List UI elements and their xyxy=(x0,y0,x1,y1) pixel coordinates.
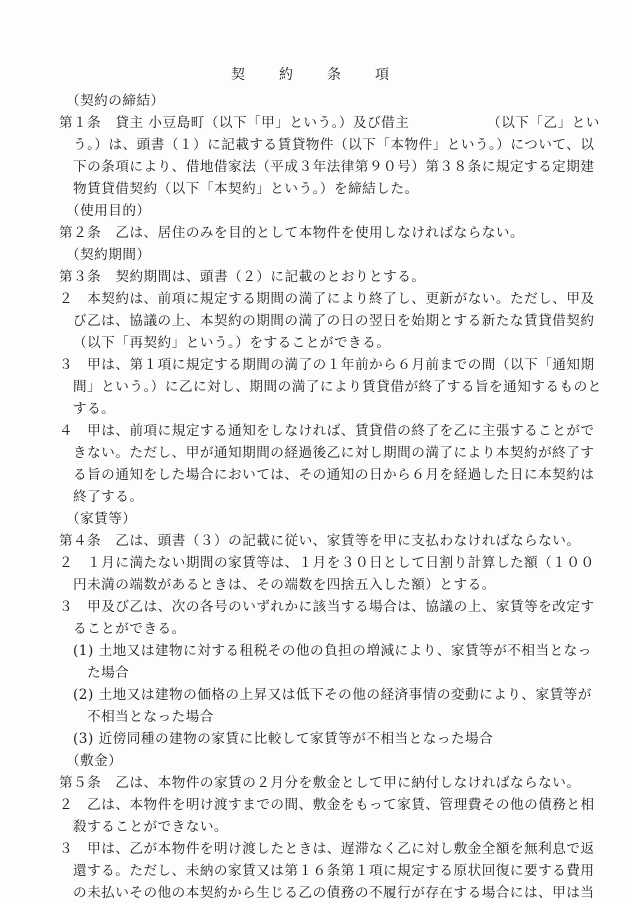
text-line: （家賃等） xyxy=(66,508,136,530)
text-line: ３ 甲は、乙が本物件を明け渡したときは、遅滞なく乙に対し敷金全額を無利息で返 xyxy=(59,838,595,860)
text-line: 第４条 乙は、頭書（３）の記載に従い、家賃等を甲に支払わなければならない。 xyxy=(59,530,580,552)
text-line: ２ 乙は、本物件を明け渡すまでの間、敷金をもって家賃、管理費その他の債務と相 xyxy=(59,794,595,816)
text-line: ３ 甲及び乙は、次の各号のいずれかに該当する場合は、協議の上、家賃等を改定す xyxy=(59,596,595,618)
text-line: び乙は、協議の上、本契約の期間の満了の日の翌日を始期とする新たな賃貸借契約 xyxy=(73,310,594,332)
text-line: 第２条 乙は、居住のみを目的として本物件を使用しなければならない。 xyxy=(59,222,524,244)
text-line: (3) 近傍同種の建物の家賃に比較して家賃等が不相当となった場合 xyxy=(73,728,493,750)
text-line: 下の条項により、借地借家法（平成３年法律第９０号）第３８条に規定する定期建 xyxy=(73,156,594,178)
text-line: 殺することができない。 xyxy=(73,816,228,838)
text-line: 第５条 乙は、本物件の家賃の２月分を敷金として甲に納付しなければならない。 xyxy=(59,772,580,794)
text-line: (1) 土地又は建物に対する租税その他の負担の増減により、家賃等が不相当となっ xyxy=(73,640,592,662)
text-line: （契約期間） xyxy=(66,244,151,266)
text-line: (2) 土地又は建物の価格の上昇又は低下その他の経済事情の変動により、家賃等が xyxy=(73,684,592,706)
document-title: 契 約 条 項 xyxy=(0,64,630,84)
text-line: 円未満の端数があるときは、その端数を四捨五入した額）とする。 xyxy=(73,574,496,596)
text-line: る旨の通知をした場合においては、その通知の日から６月を経過した日に本契約は xyxy=(73,464,594,486)
text-line: （以下「再契約」という。）をすることができる。 xyxy=(73,332,390,354)
text-line: （契約の締結） xyxy=(66,90,165,112)
text-line: （使用目的） xyxy=(66,200,151,222)
text-line: の未払いその他の本契約から生じる乙の債務の不履行が存在する場合には、甲は当 xyxy=(73,882,594,903)
text-line: ４ 甲は、前項に規定する通知をしなければ、賃貸借の終了を乙に主張することがで xyxy=(59,420,595,442)
text-line: 間」という。）に乙に対し、期間の満了により賃貸借が終了する旨を通知するものと xyxy=(73,376,602,398)
text-line: （敷金） xyxy=(66,750,122,772)
text-line: 終了する。 xyxy=(73,486,143,508)
text-line: 不相当となった場合 xyxy=(87,706,214,728)
text-line: する。 xyxy=(73,398,115,420)
text-line: 第１条 貸主 小豆島町（以下「甲」という。）及び借主 （以下「乙」とい xyxy=(59,112,600,134)
text-line: た場合 xyxy=(87,662,129,684)
text-line: ３ 甲は、第１項に規定する期間の満了の１年前から６月前までの間（以下「通知期 xyxy=(59,354,595,376)
text-line: 物賃貸借契約（以下「本契約」という。）を締結した。 xyxy=(73,178,419,200)
text-line: きない。ただし、甲が通知期間の経過後乙に対し期間の満了により本契約が終了す xyxy=(73,442,594,464)
text-line: う。）は、頭書（１）に記載する賃貸物件（以下「本物件」という。）について、以 xyxy=(73,134,594,156)
text-line: ることができる。 xyxy=(73,618,186,640)
text-line: ２ １月に満たない期間の家賃等は、１月を３０日として日割り計算した額（１００ xyxy=(59,552,595,574)
document-page: 契 約 条 項 （契約の締結）第１条 貸主 小豆島町（以下「甲」という。）及び借… xyxy=(0,0,630,903)
text-line: 第３条 契約期間は、頭書（２）に記載のとおりとする。 xyxy=(59,266,425,288)
text-line: 還する。ただし、未納の家賃又は第１６条第１項に規定する原状回復に要する費用 xyxy=(73,860,594,882)
text-line: ２ 本契約は、前項に規定する期間の満了により終了し、更新がない。ただし、甲及 xyxy=(59,288,595,310)
